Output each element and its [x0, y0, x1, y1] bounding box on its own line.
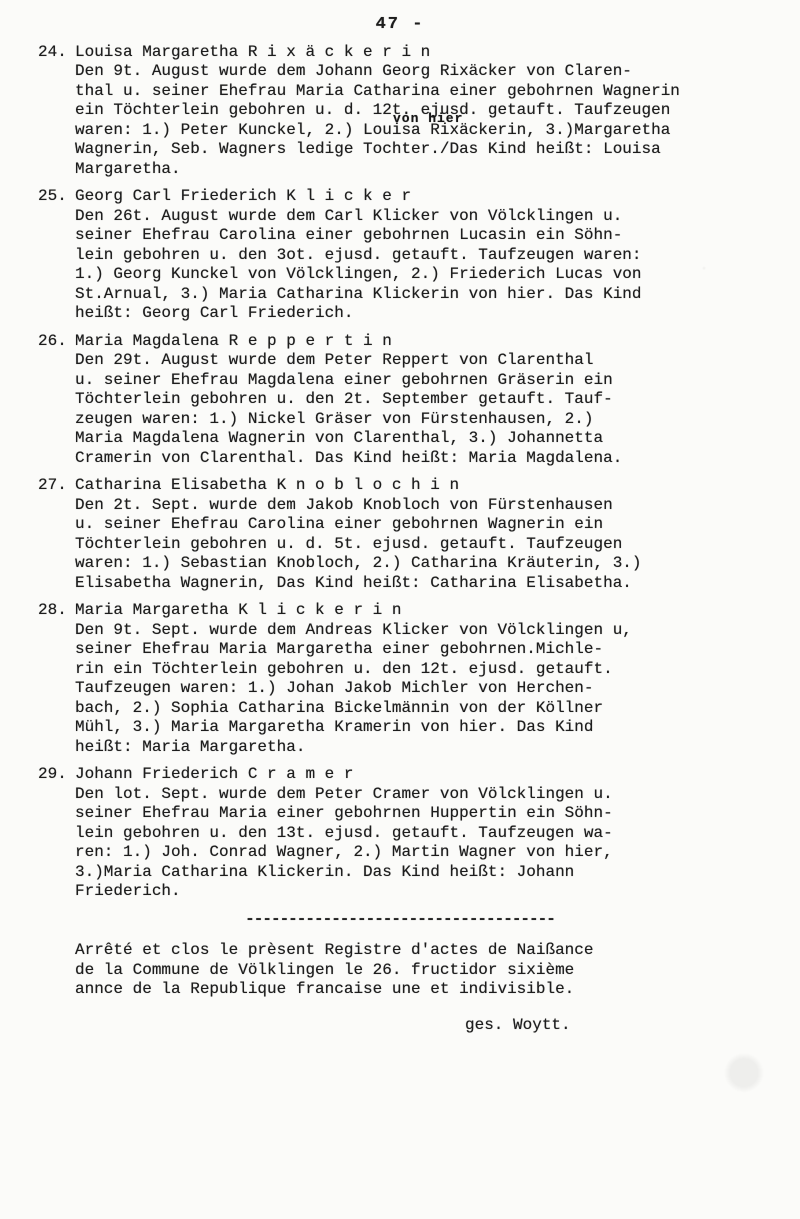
entry-heading: Louisa Margaretha R i x ä c k e r i n: [75, 43, 800, 63]
entry-number: 29.: [38, 765, 75, 902]
register-entries: 24. Louisa Margaretha R i x ä c k e r i …: [0, 43, 800, 902]
entry-body: Den 29t. August wurde dem Peter Reppert …: [75, 351, 800, 468]
entry-heading: Georg Carl Friederich K l i c k e r: [75, 187, 800, 207]
entry-26: 26. Maria Magdalena R e p p e r t i n De…: [38, 332, 800, 469]
page-number: 47 -: [0, 0, 800, 35]
entry-body: Den 2t. Sept. wurde dem Jakob Knobloch v…: [75, 496, 800, 594]
entry-29: 29. Johann Friederich C r a m e r Den lo…: [38, 765, 800, 902]
entry-27: 27. Catharina Elisabetha K n o b l o c h…: [38, 476, 800, 593]
signature: ges. Woytt.: [465, 1016, 800, 1036]
entry-24: 24. Louisa Margaretha R i x ä c k e r i …: [38, 43, 800, 180]
entry-28: 28. Maria Margaretha K l i c k e r i n D…: [38, 601, 800, 757]
entry-number: 24.: [38, 43, 75, 180]
dashed-separator: ------------------------------------: [0, 910, 800, 930]
entry-number: 25.: [38, 187, 75, 324]
entry-body: Den 26t. August wurde dem Carl Klicker v…: [75, 207, 800, 324]
entry-heading: Catharina Elisabetha K n o b l o c h i n: [75, 476, 800, 496]
scanned-register-page: { "page": { "number_label": "47 -" }, "e…: [0, 0, 800, 1219]
entry-number: 27.: [38, 476, 75, 593]
entry-body: Den 9t. Sept. wurde dem Andreas Klicker …: [75, 621, 800, 758]
entry-number: 26.: [38, 332, 75, 469]
entry-25: 25. Georg Carl Friederich K l i c k e r …: [38, 187, 800, 324]
entry-heading: Maria Margaretha K l i c k e r i n: [75, 601, 800, 621]
entry-number: 28.: [38, 601, 75, 757]
entry-heading: Johann Friederich C r a m e r: [75, 765, 800, 785]
entry-heading: Maria Magdalena R e p p e r t i n: [75, 332, 800, 352]
closing-paragraph: Arrêté et clos le prèsent Registre d'act…: [75, 941, 800, 1000]
entry-body: Den lot. Sept. wurde dem Peter Cramer vo…: [75, 785, 800, 902]
interlinear-insert: von hier: [393, 112, 463, 125]
